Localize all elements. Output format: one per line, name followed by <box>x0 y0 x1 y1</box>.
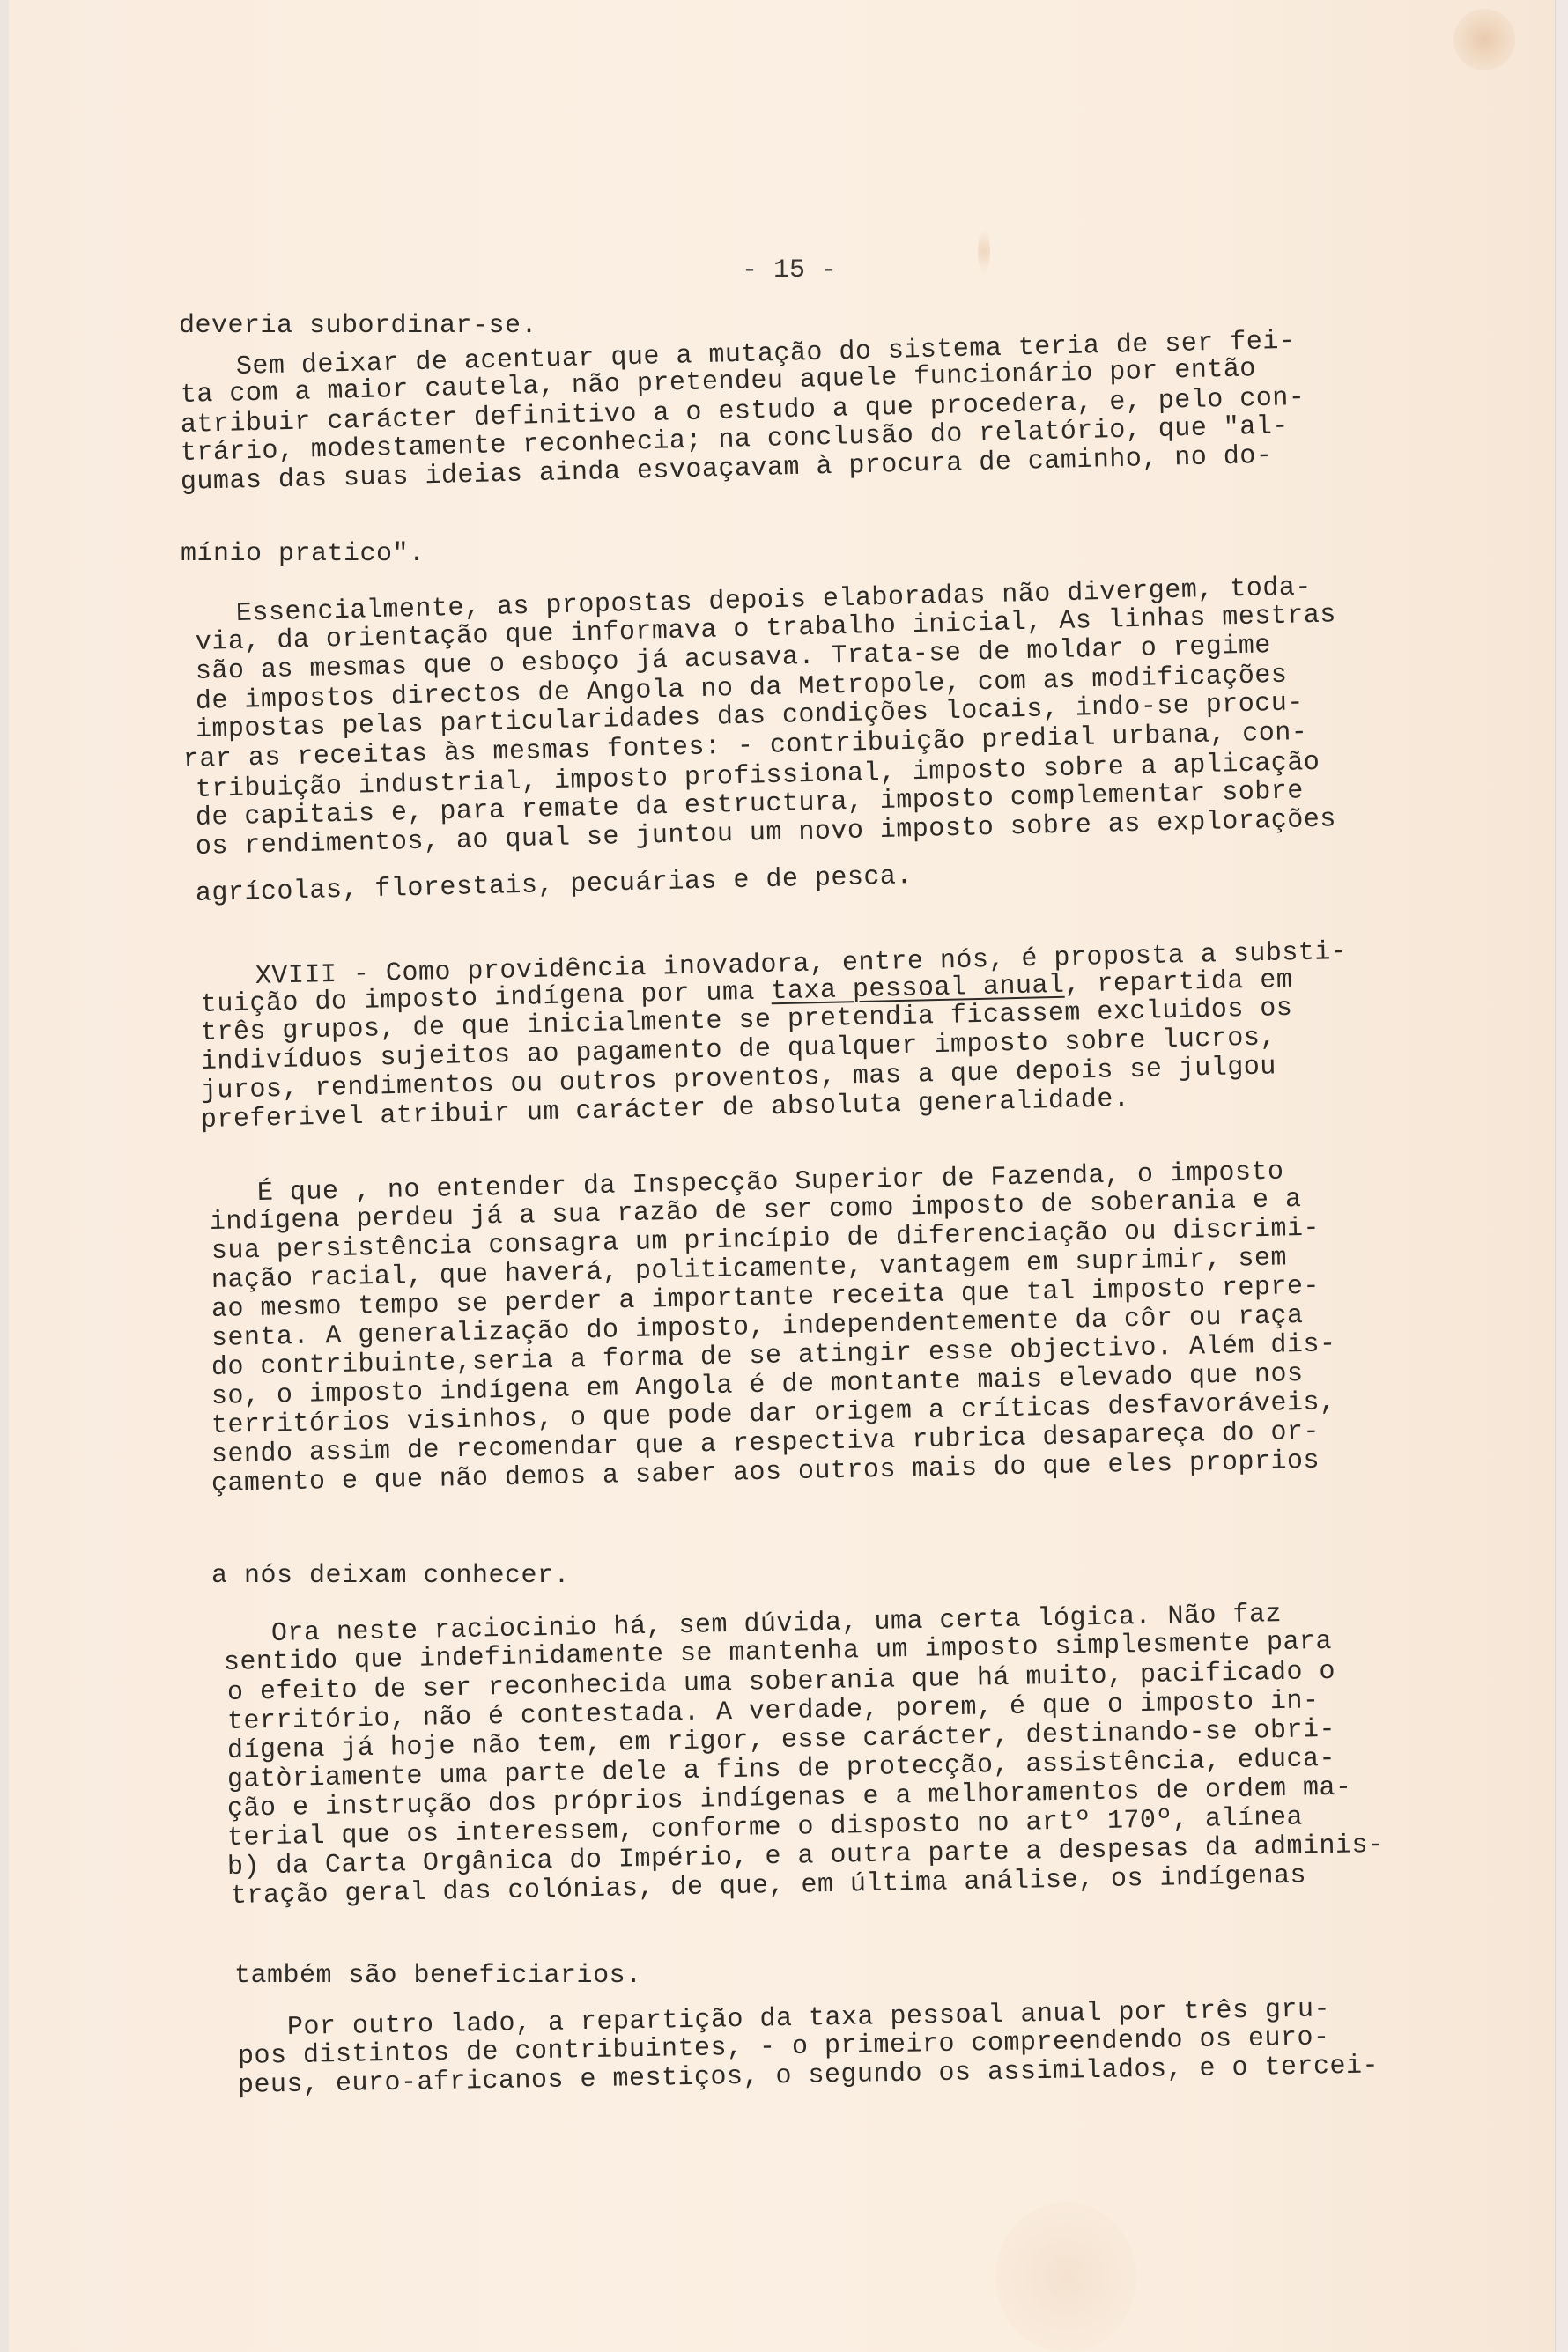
paper-stain <box>978 229 990 273</box>
scan-left-edge <box>0 0 9 2352</box>
paper-stain <box>995 2202 1136 2352</box>
text-line: mínio pratico". <box>181 539 425 569</box>
text-line: a nós deixam conhecer. <box>211 1561 570 1591</box>
text-line: também são beneficiarios. <box>234 1961 642 1991</box>
scan-right-edge <box>1555 0 1568 2352</box>
paper-stain <box>1453 9 1515 70</box>
text-line: deveria subordinar-se. <box>179 311 537 341</box>
page-number: - 15 - <box>742 255 837 285</box>
